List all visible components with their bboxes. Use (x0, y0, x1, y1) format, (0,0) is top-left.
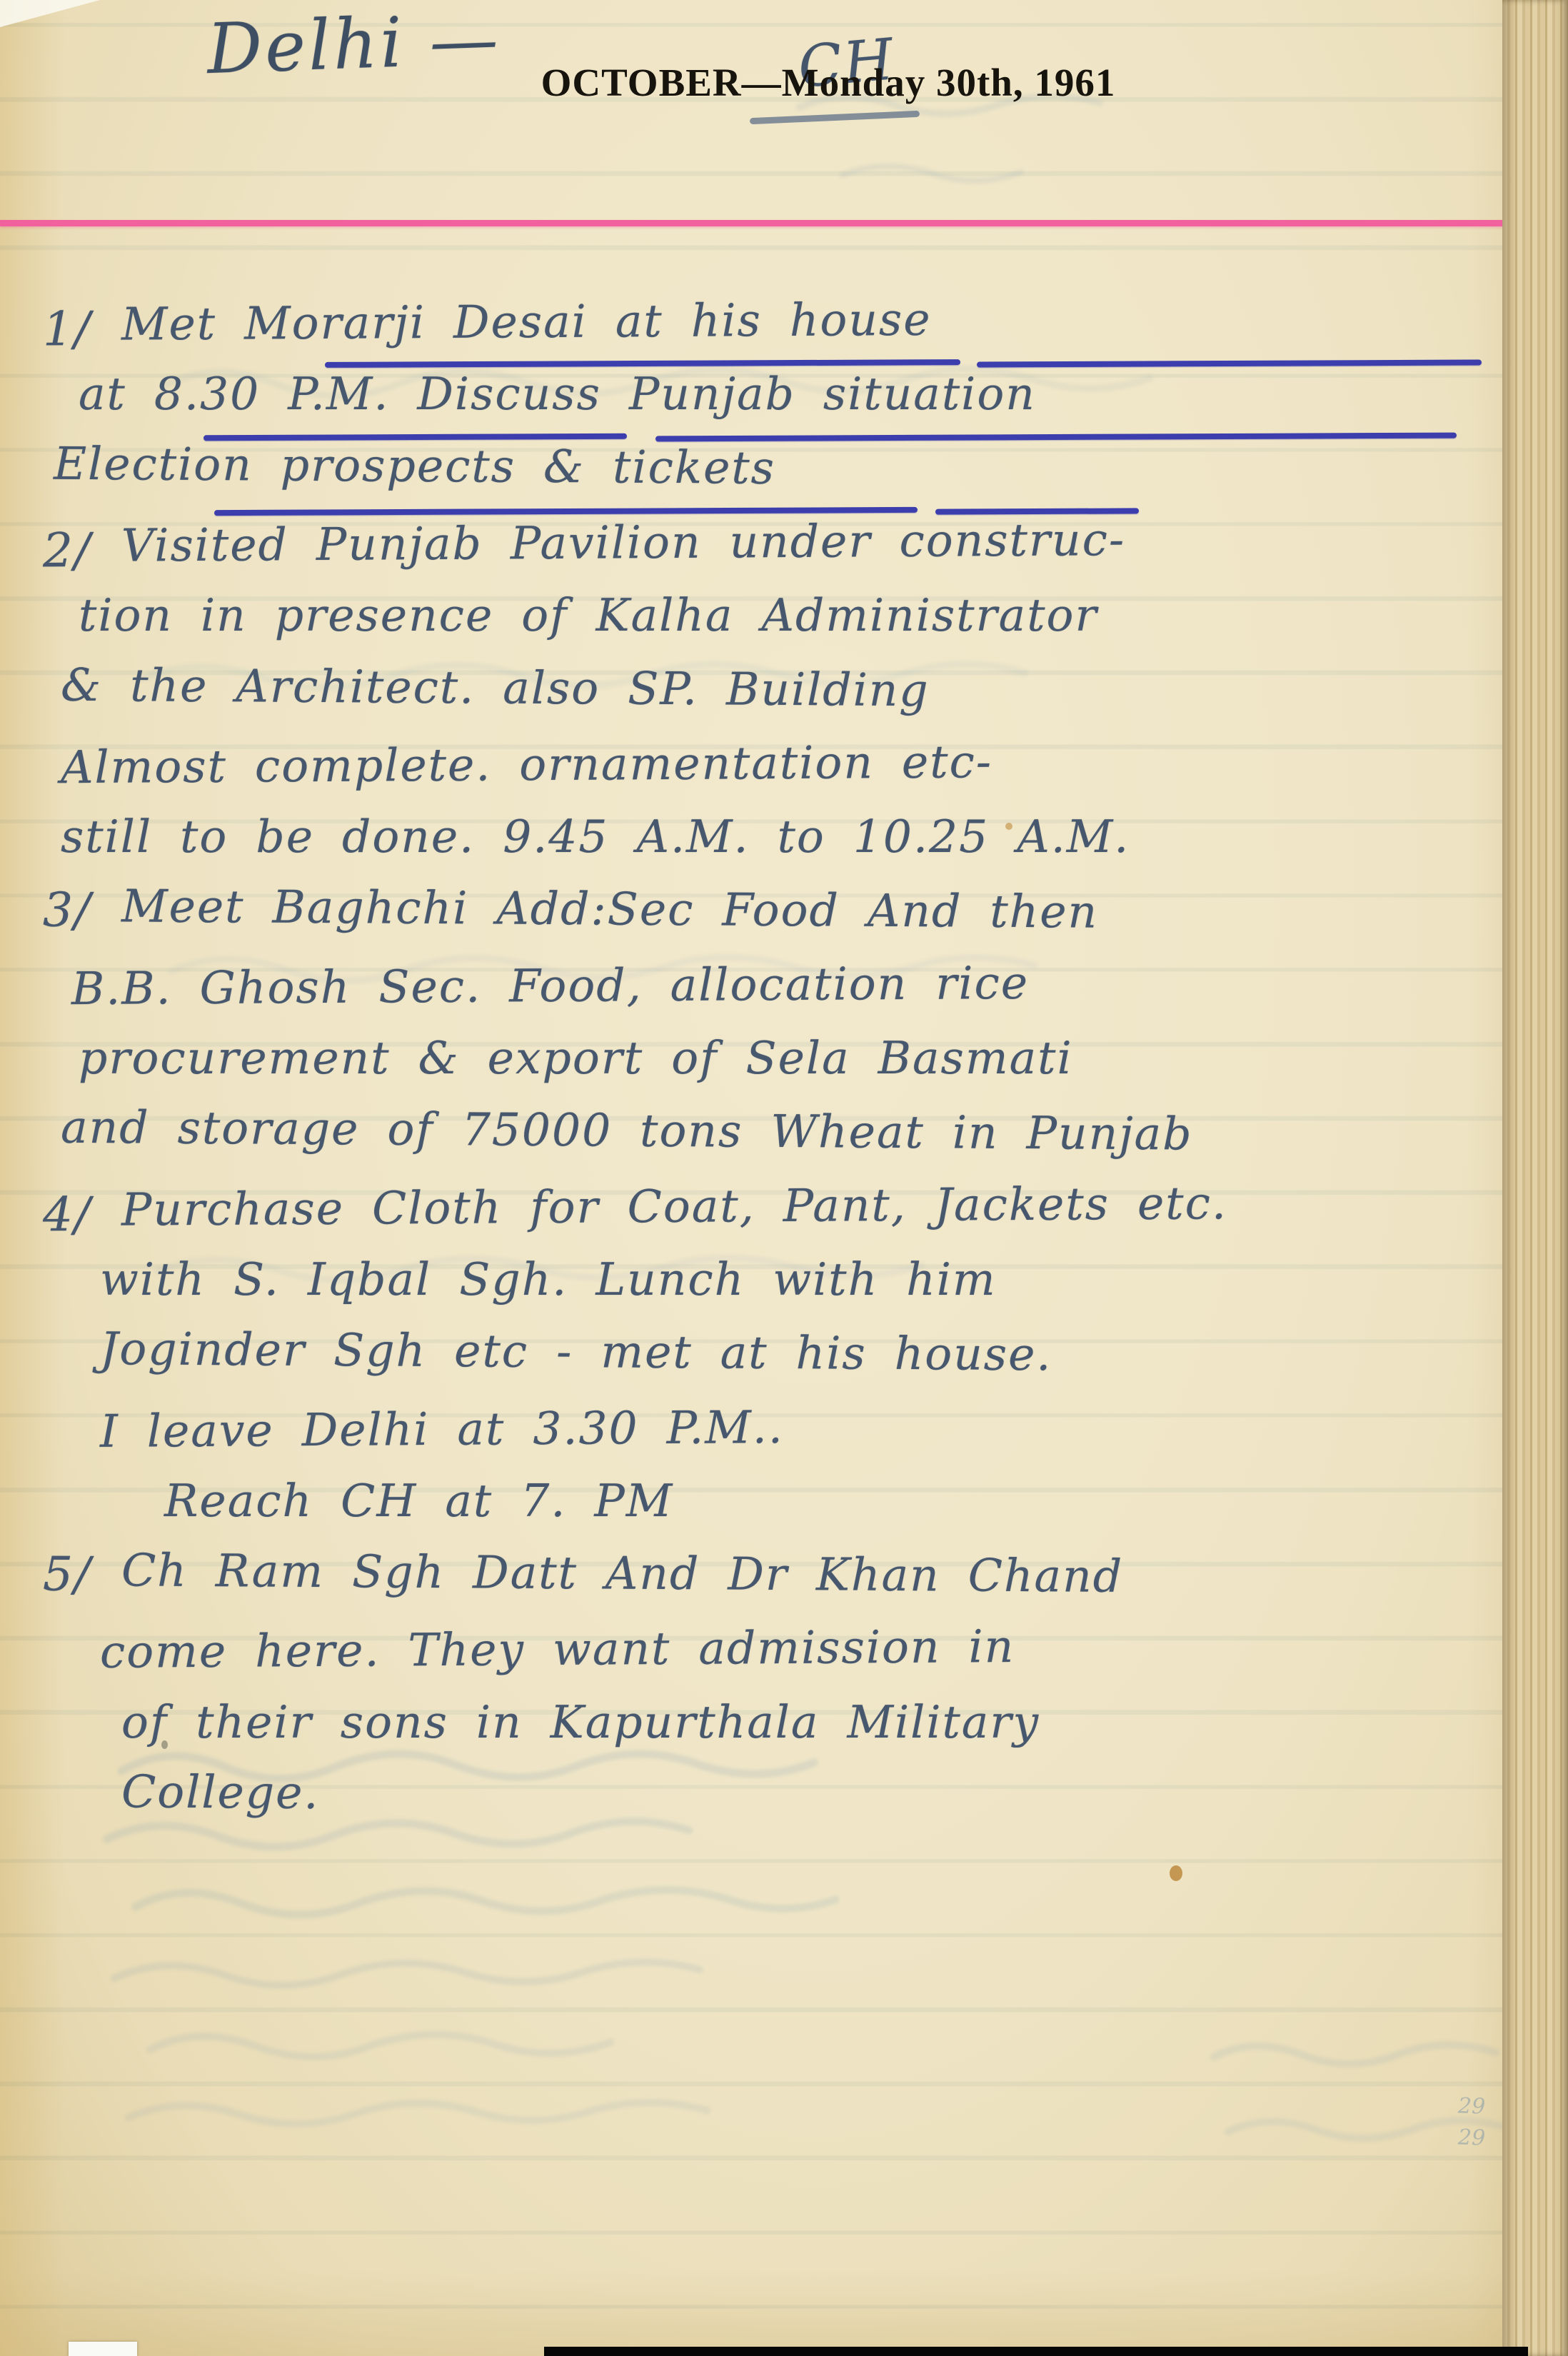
diary-line-text: of their sons in Kapurthala Military (121, 1696, 1040, 1748)
diary-line-text: Purchase Cloth for Coat, Pant, Jackets e… (121, 1177, 1227, 1235)
scan-black-bar (544, 2347, 1528, 2356)
diary-line: and storage of 75000 tons Wheat in Punja… (43, 1101, 1529, 1182)
diary-line: Joginder Sgh etc - met at his house. (43, 1323, 1529, 1403)
diary-line: with S. Iqbal Sgh. Lunch with him (43, 1253, 1528, 1325)
diary-line: B.B. Ghosh Sec. Food, allocation rice (43, 953, 1529, 1034)
stain-dot (1170, 1865, 1182, 1881)
diary-line: 1/Met Morarji Desai at his house (43, 290, 1529, 371)
diary-line: Election prospects & tickets (43, 437, 1529, 518)
diary-line-text: Joginder Sgh etc - met at his house. (100, 1323, 1052, 1380)
diary-line-text: Reach CH at 7. PM (164, 1475, 673, 1527)
diary-line-text: Ch Ram Sgh Datt And Dr Khan Chand (121, 1544, 1123, 1603)
diary-line: 3/Meet Baghchi Add:Sec Food And then (43, 880, 1529, 961)
entry-number: 5/ (43, 1547, 92, 1602)
diary-line-text: College. (121, 1765, 320, 1819)
diary-line-text: Almost complete. ornamentation etc- (61, 736, 993, 793)
diary-entries: 1/Met Morarji Desai at his houseat 8.30 … (0, 0, 1568, 2356)
diary-line-text: and storage of 75000 tons Wheat in Punja… (61, 1101, 1193, 1161)
ghost-page-number: 29 (1457, 2125, 1485, 2150)
diary-line: I leave Delhi at 3.30 P.M.. (43, 1396, 1529, 1477)
diary-line: 4/Purchase Cloth for Coat, Pant, Jackets… (43, 1175, 1529, 1255)
diary-line: at 8.30 P.M. Discuss Punjab situation (43, 368, 1528, 439)
diary-line: 2/Visited Punjab Pavilion under construc… (43, 511, 1529, 592)
book-page-edge (1502, 0, 1568, 2356)
diary-line-text: tion in presence of Kalha Administrator (79, 589, 1098, 641)
diary-line-text: Visited Punjab Pavilion under construc- (121, 513, 1126, 572)
diary-line-text: Election prospects & tickets (54, 437, 775, 493)
diary-line: 5/Ch Ram Sgh Datt And Dr Khan Chand (43, 1544, 1529, 1625)
diary-line-text: with S. Iqbal Sgh. Lunch with him (100, 1253, 997, 1305)
diary-line-text: still to be done. 9.45 A.M. to 10.25 A.M… (61, 811, 1130, 863)
entry-number: 3/ (43, 883, 92, 938)
diary-line-text: come here. They want admission in (100, 1620, 1015, 1678)
diary-line-text: at 8.30 P.M. Discuss Punjab situation (79, 368, 1036, 420)
diary-line: of their sons in Kapurthala Military (43, 1696, 1528, 1768)
stain-dot (1005, 823, 1012, 830)
diary-line: Reach CH at 7. PM (43, 1475, 1528, 1546)
diary-line: still to be done. 9.45 A.M. to 10.25 A.M… (43, 811, 1528, 882)
diary-line: tion in presence of Kalha Administrator (43, 589, 1528, 661)
diary-line: procurement & export of Sela Basmati (43, 1032, 1528, 1103)
diary-line-text: Meet Baghchi Add:Sec Food And then (121, 881, 1098, 938)
scan-white-tab (69, 2342, 137, 2356)
ink-underline (977, 359, 1482, 367)
diary-line-text: Met Morarji Desai at his house (121, 294, 932, 351)
ghost-page-number: 29 (1457, 2093, 1485, 2119)
diary-line: Almost complete. ornamentation etc- (43, 732, 1529, 813)
diary-line: & the Architect. also SP. Building (43, 658, 1529, 739)
diary-line-text: & the Architect. also SP. Building (61, 658, 930, 716)
diary-line: College. (43, 1765, 1529, 1846)
entry-number: 2/ (43, 523, 92, 578)
entry-number: 4/ (43, 1187, 92, 1242)
diary-line: come here. They want admission in (43, 1618, 1529, 1698)
diary-page: Delhi — CH OCTOBER—Monday 30th, 1961 1/M… (0, 0, 1568, 2356)
diary-line-text: I leave Delhi at 3.30 P.M.. (100, 1401, 784, 1458)
entry-number: 1/ (43, 301, 92, 356)
diary-line-text: procurement & export of Sela Basmati (79, 1032, 1073, 1084)
stain-dot (161, 1740, 168, 1749)
diary-line-text: B.B. Ghosh Sec. Food, allocation rice (71, 957, 1030, 1015)
